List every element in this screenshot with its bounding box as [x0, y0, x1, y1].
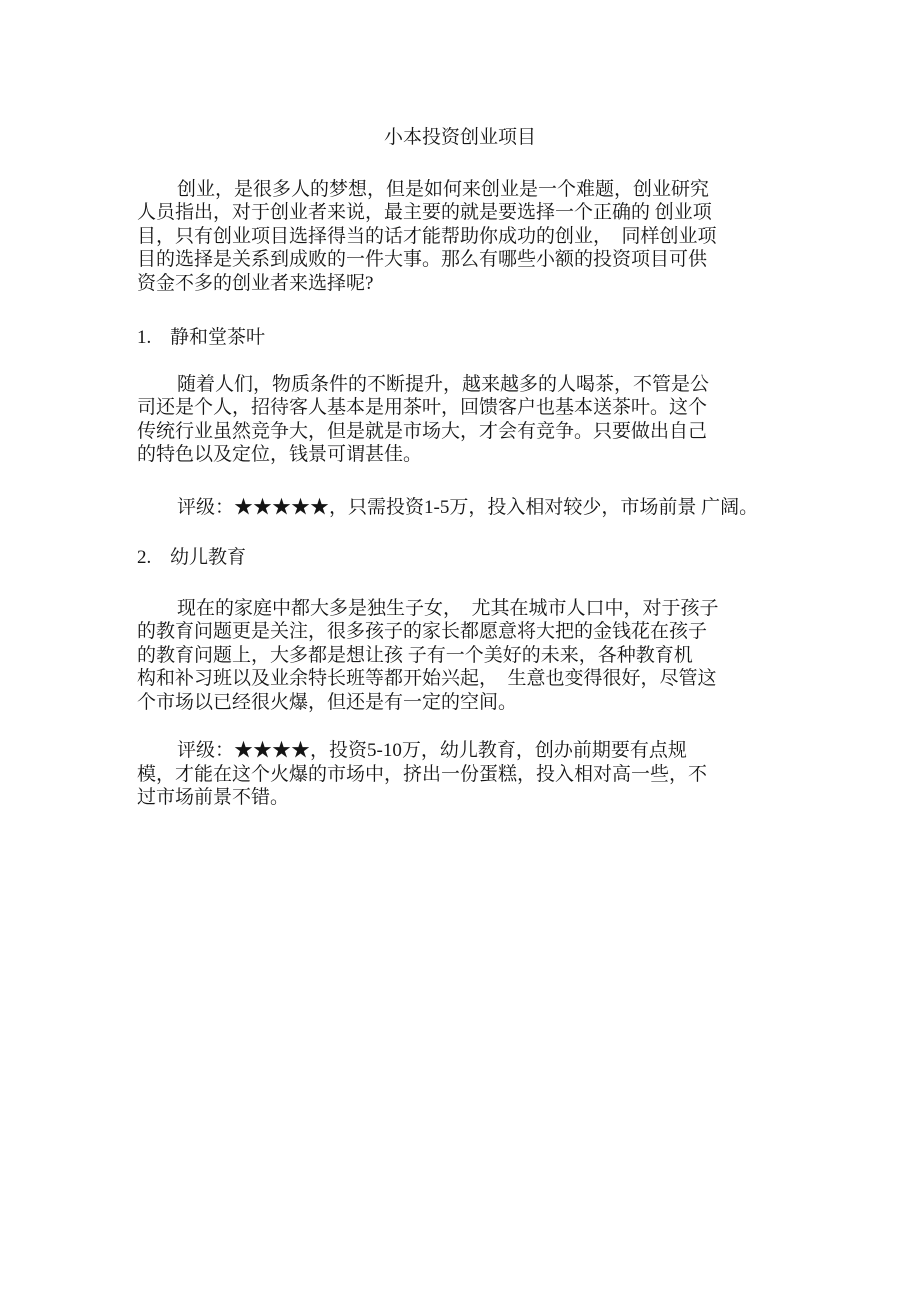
section-1-title: 静和堂茶叶: [170, 327, 265, 348]
section-2-heading: 2.幼儿教育: [137, 546, 783, 570]
text-line: 随着人们，物质条件的不断提升，越来越多的人喝茶，不管是公: [137, 373, 783, 397]
section-2-paragraph: 现在的家庭中都大多是独生子女， 尤其在城市人口中，对于孩子的教育问题更是关注，很…: [137, 597, 783, 715]
text-line: 的教育问题上，大多都是想让孩 子有一个美好的未来，各种教育机: [137, 644, 783, 668]
text-line: 创业，是很多人的梦想，但是如何来创业是一个难题，创业研究: [137, 178, 783, 202]
document-title: 小本投资创业项目: [137, 126, 783, 150]
text-line: 人员指出，对于创业者来说，最主要的就是要选择一个正确的 创业项: [137, 201, 783, 225]
document-page: 小本投资创业项目 创业，是很多人的梦想，但是如何来创业是一个难题，创业研究人员指…: [0, 0, 920, 1303]
text-line: 模，才能在这个火爆的市场中，挤出一份蛋糕，投入相对高一些，不: [137, 763, 783, 787]
section-2-rating: 评级：★★★★，投资5-10万，幼儿教育，创办前期要有点规模，才能在这个火爆的市…: [137, 739, 783, 810]
text-line: 构和补习班以及业余特长班等都开始兴起， 生意也变得很好，尽管这: [137, 667, 783, 691]
section-2-title: 幼儿教育: [170, 547, 246, 568]
text-line: 个市场以已经很火爆，但还是有一定的空间。: [137, 691, 783, 715]
section-1-heading: 1.静和堂茶叶: [137, 326, 783, 350]
text-line: 传统行业虽然竞争大，但是就是市场大，才会有竞争。只要做出自己: [137, 420, 783, 444]
text-line: 评级：★★★★★，只需投资1-5万，投入相对较少，市场前景 广阔。: [137, 496, 783, 520]
text-line: 司还是个人，招待客人基本是用茶叶，回馈客户也基本送茶叶。这个: [137, 396, 783, 420]
intro-paragraph: 创业，是很多人的梦想，但是如何来创业是一个难题，创业研究人员指出，对于创业者来说…: [137, 178, 783, 296]
section-1-paragraph: 随着人们，物质条件的不断提升，越来越多的人喝茶，不管是公司还是个人，招待客人基本…: [137, 373, 783, 467]
text-line: 过市场前景不错。: [137, 786, 783, 810]
text-line: 资金不多的创业者来选择呢?: [137, 272, 783, 296]
text-line: 现在的家庭中都大多是独生子女， 尤其在城市人口中，对于孩子: [137, 597, 783, 621]
section-1-rating: 评级：★★★★★，只需投资1-5万，投入相对较少，市场前景 广阔。: [137, 496, 783, 520]
text-line: 的教育问题更是关注，很多孩子的家长都愿意将大把的金钱花在孩子: [137, 620, 783, 644]
text-line: 的特色以及定位，钱景可谓甚佳。: [137, 443, 783, 467]
text-line: 目，只有创业项目选择得当的话才能帮助你成功的创业， 同样创业项: [137, 225, 783, 249]
document-content: 小本投资创业项目 创业，是很多人的梦想，但是如何来创业是一个难题，创业研究人员指…: [137, 0, 783, 810]
section-1-number: 1.: [137, 326, 170, 350]
text-line: 评级：★★★★，投资5-10万，幼儿教育，创办前期要有点规: [137, 739, 783, 763]
text-line: 目的选择是关系到成败的一件大事。那么有哪些小额的投资项目可供: [137, 248, 783, 272]
section-2-number: 2.: [137, 546, 170, 570]
